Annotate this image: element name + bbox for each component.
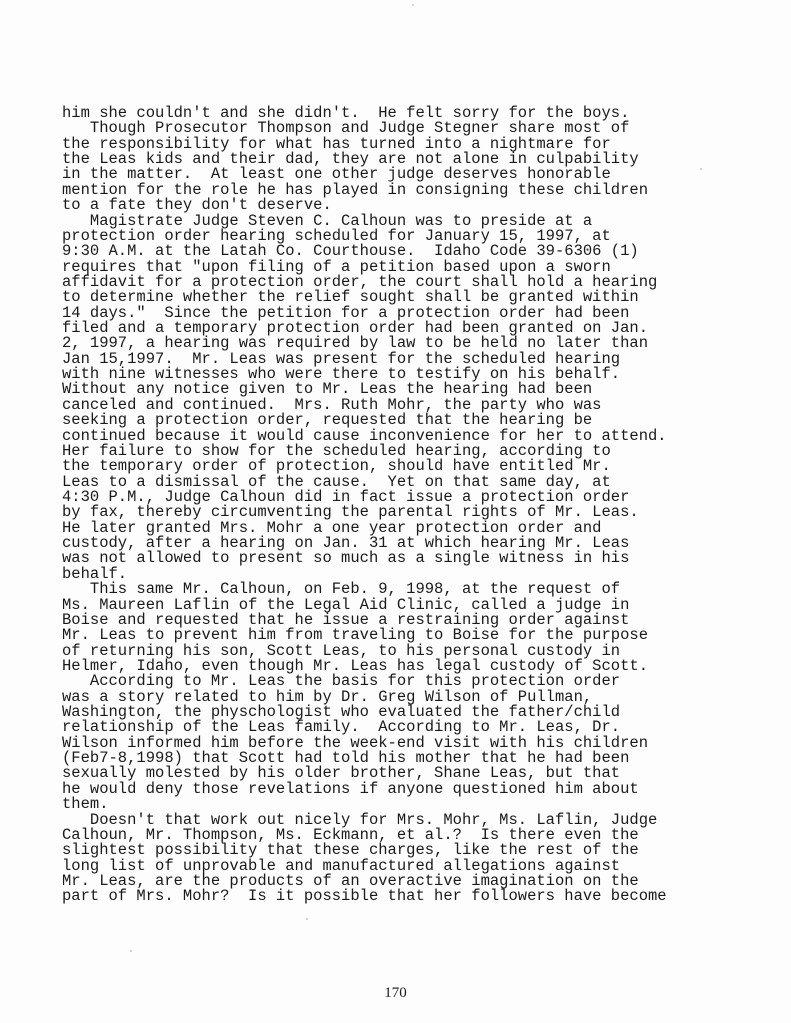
text-line: he would deny those revelations if anyon… — [62, 782, 667, 797]
body-text: him she couldn't and she didn't. He felt… — [62, 106, 667, 905]
scan-speck — [412, 4, 414, 6]
text-line: part of Mrs. Mohr? Is it possible that h… — [62, 889, 667, 904]
text-line: was not allowed to present so much as a … — [62, 551, 667, 566]
scan-speck — [700, 168, 702, 170]
scan-speck — [306, 918, 308, 920]
page-number: 170 — [0, 985, 791, 1002]
scan-speck — [130, 950, 132, 952]
document-page: him she couldn't and she didn't. He felt… — [0, 0, 791, 1023]
